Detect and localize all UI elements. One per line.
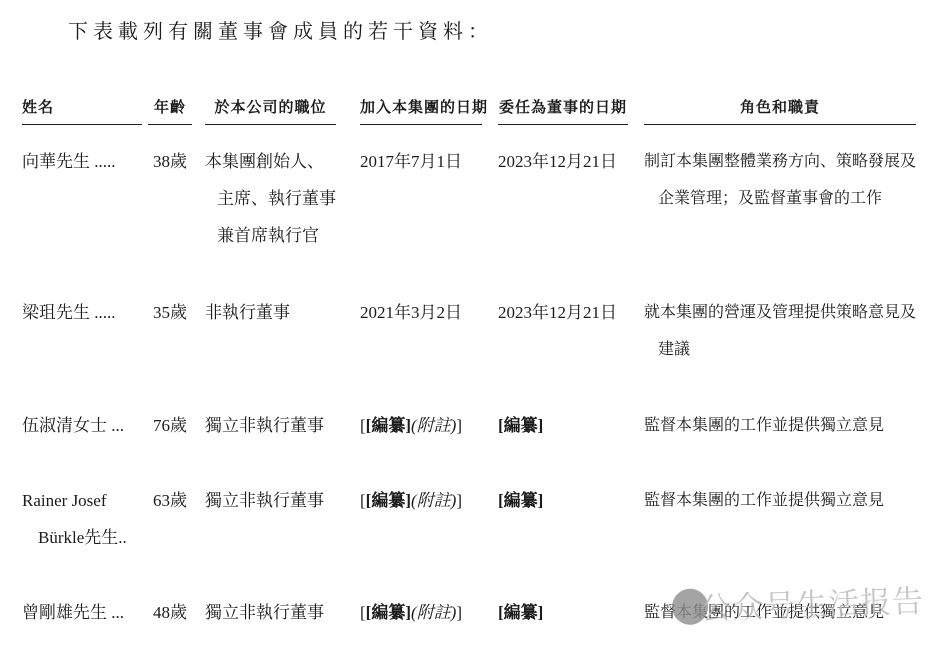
table-row: 伍淑清女士 ... 76歲 獨立非執行董事 [[編纂](附註)] [編纂] 監督… [22,407,916,482]
cell-appointment-date-redacted: [編纂] [498,594,628,631]
cell-join-date: 2021年3月2日 [360,294,482,331]
column-header-position: 於本公司的職位 [205,96,336,125]
cell-join-date-redacted: [[編纂](附註)] [360,594,482,631]
director-name: 梁珇先生 ..... [22,294,142,331]
redaction-marker: [編纂] [366,491,411,510]
cell-name: 向華先生 ..... [22,143,142,180]
table-header-row: 姓名 年齡 於本公司的職位 加入本集團的日期 委任為董事的日期 角色和職責 [22,96,916,125]
document-page: 下表載列有關董事會成員的若干資料： 姓名 年齡 於本公司的職位 加入本集團的日期… [0,0,940,646]
table-row: 梁珇先生 ..... 35歲 非執行董事 2021年3月2日 2023年12月2… [22,294,916,407]
cell-name: 梁珇先生 ..... [22,294,142,331]
redaction-marker: [編纂] [366,603,411,622]
cell-appointment-date: 2023年12月21日 [498,294,628,331]
cell-roles: 監督本集團的工作並提供獨立意見 [644,482,916,519]
redaction-marker: [編纂] [498,491,543,510]
cell-name: Rainer Josef Bürkle先生.. [22,482,142,556]
cell-position: 非執行董事 [205,294,336,331]
director-name: Rainer Josef [22,482,142,519]
cell-join-date-redacted: [[編纂](附註)] [360,482,482,519]
cell-age: 38歲 [148,143,192,180]
redaction-footnote: (附註) [411,603,456,622]
redaction-marker: [編纂] [366,416,411,435]
column-header-age: 年齡 [148,96,192,125]
cell-join-date-redacted: [[編纂](附註)] [360,407,482,444]
cell-roles: 監督本集團的工作並提供獨立意見 [644,594,916,631]
cell-age: 76歲 [148,407,192,444]
table-row: Rainer Josef Bürkle先生.. 63歲 獨立非執行董事 [[編纂… [22,482,916,594]
cell-position: 獨立非執行董事 [205,482,336,519]
redaction-marker: [編纂] [498,603,543,622]
cell-roles: 制訂本集團整體業務方向、策略發展及 企業管理；及監督董事會的工作 [644,143,916,217]
cell-age: 48歲 [148,594,192,631]
cell-name: 曾剛雄先生 ... [22,594,142,631]
column-header-join-date: 加入本集團的日期 [360,96,482,125]
director-name: 曾剛雄先生 ... [22,594,142,631]
table-body: 向華先生 ..... 38歲 本集團創始人、 主席、執行董事 兼首席執行官 20… [22,143,916,646]
cell-age: 35歲 [148,294,192,331]
cell-position: 獨立非執行董事 [205,594,336,631]
cell-appointment-date-redacted: [編纂] [498,407,628,444]
redaction-footnote: (附註) [411,491,456,510]
column-header-name: 姓名 [22,96,142,125]
redaction-marker: [編纂] [498,416,543,435]
cell-age: 63歲 [148,482,192,519]
cell-position: 獨立非執行董事 [205,407,336,444]
cell-roles: 監督本集團的工作並提供獨立意見 [644,407,916,444]
cell-name: 伍淑清女士 ... [22,407,142,444]
table-row: 向華先生 ..... 38歲 本集團創始人、 主席、執行董事 兼首席執行官 20… [22,143,916,294]
director-name: 伍淑清女士 ... [22,407,142,444]
cell-join-date: 2017年7月1日 [360,143,482,180]
cell-position: 本集團創始人、 主席、執行董事 兼首席執行官 [205,143,336,254]
redaction-footnote: (附註) [411,416,456,435]
cell-roles: 就本集團的營運及管理提供策略意見及 建議 [644,294,916,368]
director-name-line2: Bürkle先生.. [22,519,142,556]
column-header-roles: 角色和職責 [644,96,916,125]
intro-text: 下表載列有關董事會成員的若干資料： [68,18,916,46]
column-header-appointment-date: 委任為董事的日期 [498,96,628,125]
director-name: 向華先生 ..... [22,143,142,180]
cell-appointment-date-redacted: [編纂] [498,482,628,519]
table-row: 曾剛雄先生 ... 48歲 獨立非執行董事 [[編纂](附註)] [編纂] 監督… [22,594,916,646]
cell-appointment-date: 2023年12月21日 [498,143,628,180]
